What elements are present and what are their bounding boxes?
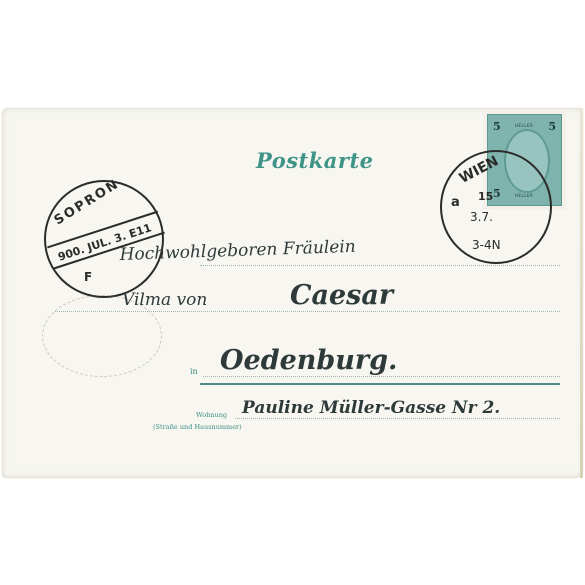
postmark-wien-date: 3.7. xyxy=(470,210,493,224)
address-city: Oedenburg. xyxy=(220,345,397,376)
address-line-1 xyxy=(200,265,560,266)
wohnung-sublabel: (Straße und Hausnummer) xyxy=(153,423,242,431)
address-given-name: Vilma von xyxy=(122,290,207,310)
postmark-wien-time: 3-4N xyxy=(472,238,501,252)
postmark-sopron-letter: F xyxy=(84,270,92,284)
in-label: in xyxy=(190,367,198,376)
address-line-3 xyxy=(203,376,560,377)
postmark-wien-number: 15 xyxy=(478,190,493,203)
address-street: Pauline Müller-Gasse Nr 2. xyxy=(242,398,500,418)
city-underline xyxy=(200,383,560,385)
stamp-value-top-right: 5 xyxy=(548,120,556,133)
stamp-denomination-top: HELLER xyxy=(515,123,533,128)
stamp-value-top-left: 5 xyxy=(493,120,501,133)
postmark-wien-code: a xyxy=(451,195,460,210)
address-line-2 xyxy=(55,311,560,312)
postcard-title: Postkarte xyxy=(256,148,374,173)
address-line-4 xyxy=(235,418,560,419)
wohnung-label: Wohnung xyxy=(196,411,227,419)
card-edge xyxy=(580,108,583,478)
address-surname: Caesar xyxy=(290,280,393,311)
